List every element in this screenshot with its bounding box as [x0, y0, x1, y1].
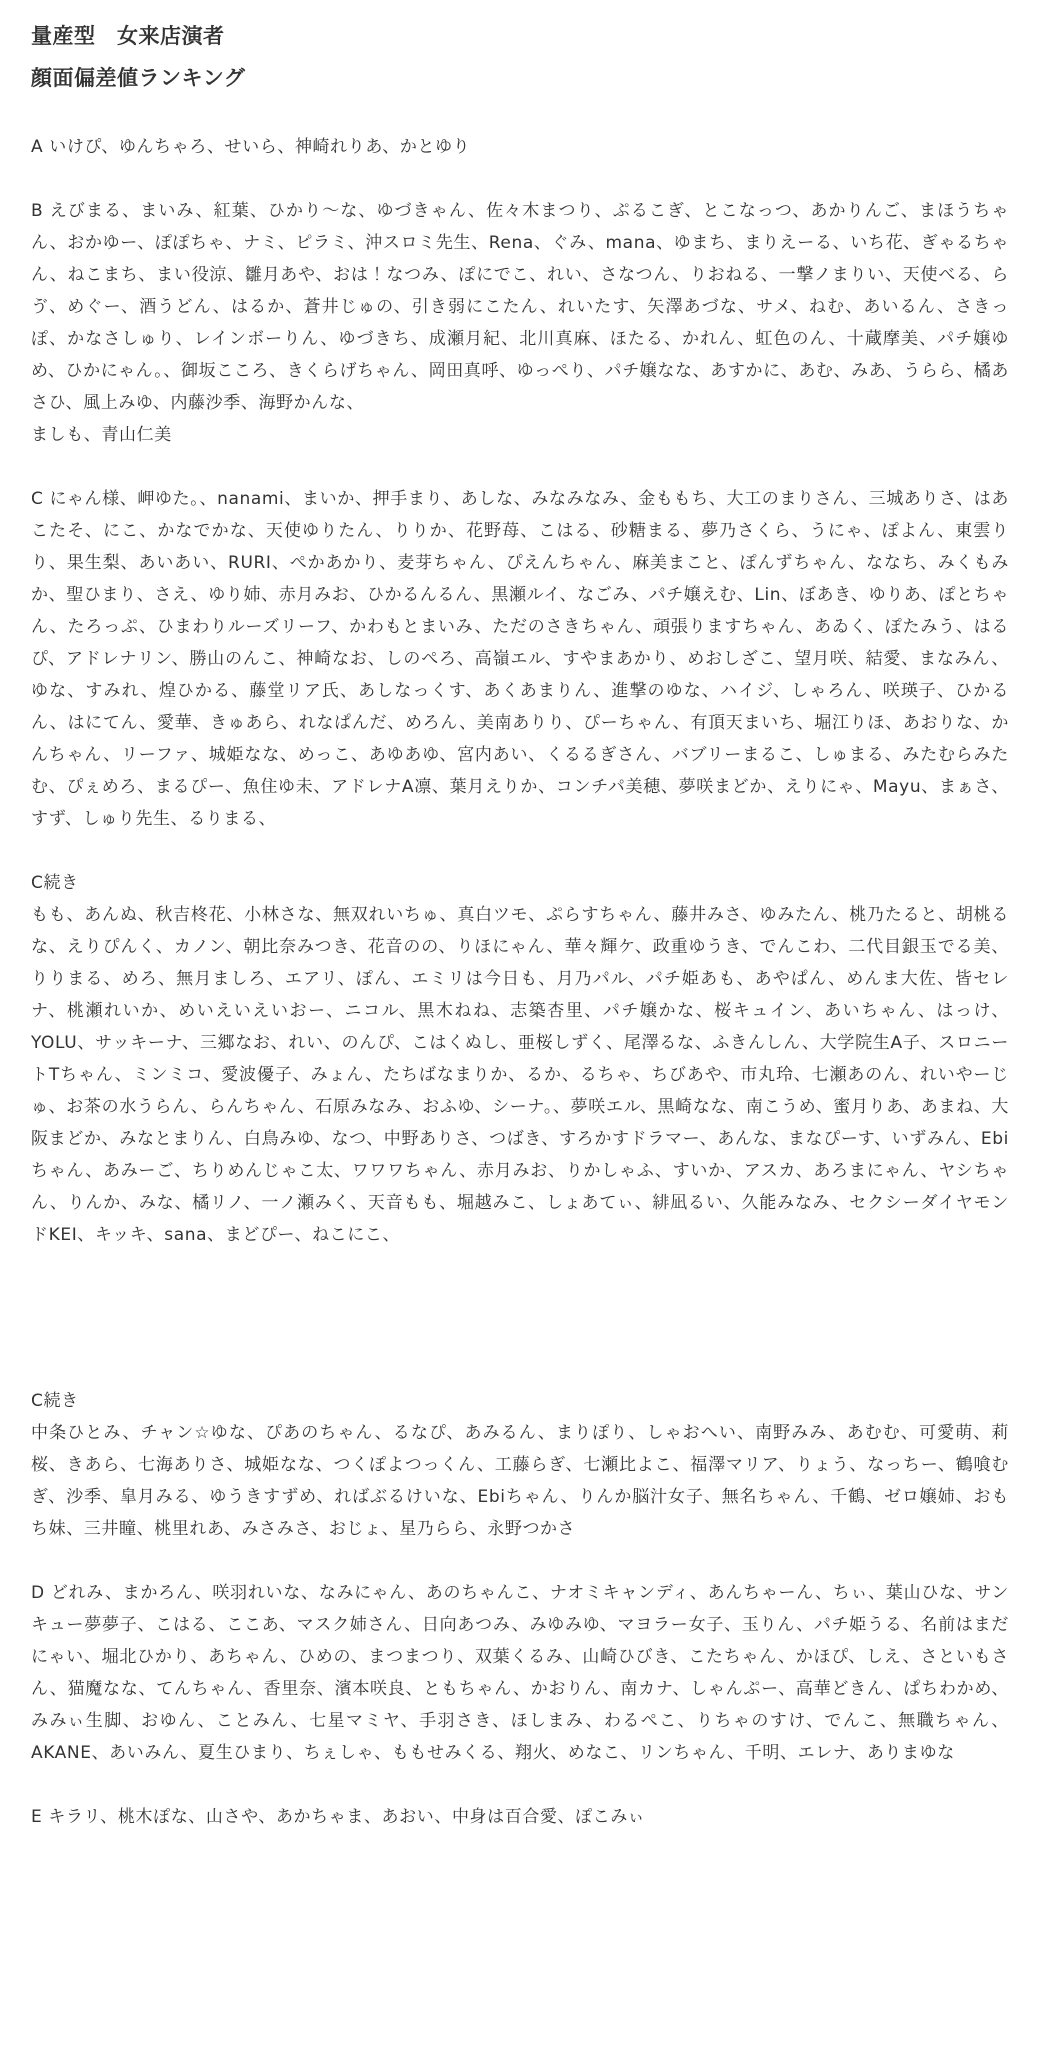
section-d-paragraph: D どれみ、まかろん、咲羽れいな、なみにゃん、あのちゃんこ、ナオミキャンディ、あ…: [31, 1577, 1009, 1769]
section-b-text-line2: ましも、青山仁美: [31, 419, 1009, 451]
section-a-text: A いけぴ、ゆんちゃろ、せいら、神崎れりあ、かとゆり: [31, 131, 1009, 163]
section-e-paragraph: E キラリ、桃木ぽな、山さや、あかちゃま、あおい、中身は百合愛、ぽこみぃ: [31, 1801, 1009, 1833]
section-c-text: C にゃん様、岬ゆた。、nanami、まいか、押手まり、あしな、みなみなみ、金も…: [31, 489, 1009, 829]
section-c-cont1-heading: C続き: [31, 867, 1009, 899]
section-b-paragraph: B えびまる、まいみ、紅葉、ひかり〜な、ゆづきゃん、佐々木まつり、ぷるこぎ、とこ…: [31, 195, 1009, 451]
section-c-cont2-heading: C続き: [31, 1385, 1009, 1417]
section-c-paragraph: C にゃん様、岬ゆた。、nanami、まいか、押手まり、あしな、みなみなみ、金も…: [31, 483, 1009, 835]
section-c-cont2-paragraph: C続き 中条ひとみ、チャン☆ゆな、ぴあのちゃん、るなぴ、あみるん、まりぽり、しゃ…: [31, 1385, 1009, 1545]
document-page: 量産型 女来店演者 顔面偏差値ランキング A いけぴ、ゆんちゃろ、せいら、神崎れ…: [0, 0, 1040, 1833]
section-b-text: B えびまる、まいみ、紅葉、ひかり〜な、ゆづきゃん、佐々木まつり、ぷるこぎ、とこ…: [31, 201, 1009, 413]
section-c-cont1-text: もも、あんぬ、秋吉柊花、小林さな、無双れいちゅ、真白ツモ、ぷらすちゃん、藤井みさ…: [31, 905, 1009, 1245]
section-a-paragraph: A いけぴ、ゆんちゃろ、せいら、神崎れりあ、かとゆり: [31, 131, 1009, 163]
section-c-cont1-paragraph: C続き もも、あんぬ、秋吉柊花、小林さな、無双れいちゅ、真白ツモ、ぷらすちゃん、…: [31, 867, 1009, 1251]
page-title-line1: 量産型 女来店演者: [31, 15, 1009, 57]
page-title: 量産型 女来店演者 顔面偏差値ランキング: [31, 15, 1009, 99]
section-d-text: D どれみ、まかろん、咲羽れいな、なみにゃん、あのちゃんこ、ナオミキャンディ、あ…: [31, 1583, 1009, 1763]
section-c-cont2-text: 中条ひとみ、チャン☆ゆな、ぴあのちゃん、るなぴ、あみるん、まりぽり、しゃおへい、…: [31, 1423, 1009, 1539]
page-title-line2: 顔面偏差値ランキング: [31, 57, 1009, 99]
section-e-text: E キラリ、桃木ぽな、山さや、あかちゃま、あおい、中身は百合愛、ぽこみぃ: [31, 1801, 1009, 1833]
